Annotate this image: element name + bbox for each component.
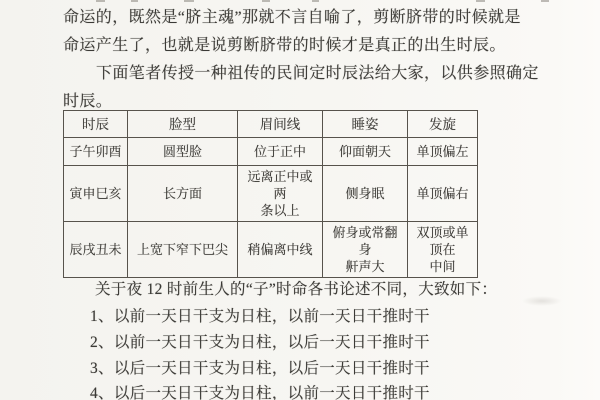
- table-row: 子午卯酉 圆型脸 位于正中 仰面朝天 单顶偏左: [64, 138, 478, 166]
- list-item: 1、以前一天日干支为日柱，以前一天日干推时干: [90, 304, 560, 330]
- paragraph-line: 下面笔者传授一种祖传的民间定时辰法给大家，以供参照确定: [63, 60, 553, 88]
- table-cell: 远离正中或两 条以上: [238, 166, 323, 222]
- scan-artifact: [312, 0, 319, 2]
- scan-artifact: [541, 0, 549, 2]
- table-cell: 双顶或单顶在 中间: [408, 222, 478, 278]
- numbered-list: 1、以前一天日干支为日柱，以前一天日干推时干 2、以前一天日干支为日柱，以后一天…: [90, 304, 560, 400]
- birth-hour-table: 时辰 脸型 眉间线 睡姿 发旋 子午卯酉 圆型脸 位于正中 仰面朝天 单顶偏左 …: [63, 110, 478, 278]
- scanned-book-page: 命运的，既然是“脐主魂”那就不言自喻了，剪断脐带的时候就是 命运产生了，也就是说…: [0, 0, 600, 400]
- table-cell: 长方面: [128, 166, 238, 222]
- table-cell: 仰面朝天: [323, 138, 408, 166]
- table-cell: 辰戌丑未: [64, 222, 128, 278]
- table-cell: 寅申巳亥: [64, 166, 128, 222]
- table-row: 寅申巳亥 长方面 远离正中或两 条以上 侧身眠 单顶偏右: [64, 166, 478, 222]
- scan-artifact: [96, 0, 105, 2]
- table-cell: 单顶偏右: [408, 166, 478, 222]
- scan-artifact: [476, 0, 485, 2]
- list-intro: 关于夜 12 时前生人的“子”时命各书论述不同，大致如下：: [95, 277, 497, 299]
- scan-artifact: [184, 0, 194, 2]
- table-cell: 俯身或常翻身 鼾声大: [323, 222, 408, 278]
- table-header-cell: 睡姿: [323, 111, 408, 138]
- table-cell: 子午卯酉: [64, 138, 128, 166]
- paragraph-line: 命运产生了，也就是说剪断脐带的时候才是真正的出生时辰。: [63, 32, 553, 60]
- scan-artifact: [262, 0, 270, 2]
- table-header-cell: 眉间线: [238, 111, 323, 138]
- table-header-cell: 脸型: [128, 111, 238, 138]
- paragraph-line: 命运的，既然是“脐主魂”那就不言自喻了，剪断脐带的时候就是: [63, 4, 553, 32]
- list-item: 4、以后一天日干支为日柱，以前一天日干推时干: [90, 381, 560, 400]
- table-row: 辰戌丑未 上宽下窄下巴尖 稍偏离中线 俯身或常翻身 鼾声大 双顶或单顶在 中间: [64, 222, 478, 278]
- scan-artifact: [131, 0, 138, 2]
- scan-smudge: [522, 296, 562, 306]
- table-cell: 稍偏离中线: [238, 222, 323, 278]
- table-cell: 单顶偏左: [408, 138, 478, 166]
- table-cell: 位于正中: [238, 138, 323, 166]
- table-cell: 侧身眠: [323, 166, 408, 222]
- table-cell: 上宽下窄下巴尖: [128, 222, 238, 278]
- table-cell: 圆型脸: [128, 138, 238, 166]
- table-header-cell: 时辰: [64, 111, 128, 138]
- list-item: 3、以后一天日干支为日柱，以后一天日干推时干: [90, 356, 560, 382]
- table-header-row: 时辰 脸型 眉间线 睡姿 发旋: [64, 111, 478, 138]
- table-header-cell: 发旋: [408, 111, 478, 138]
- list-item: 2、以前一天日干支为日柱，以后一天日干推时干: [90, 330, 560, 356]
- body-paragraphs: 命运的，既然是“脐主魂”那就不言自喻了，剪断脐带的时候就是 命运产生了，也就是说…: [63, 4, 553, 116]
